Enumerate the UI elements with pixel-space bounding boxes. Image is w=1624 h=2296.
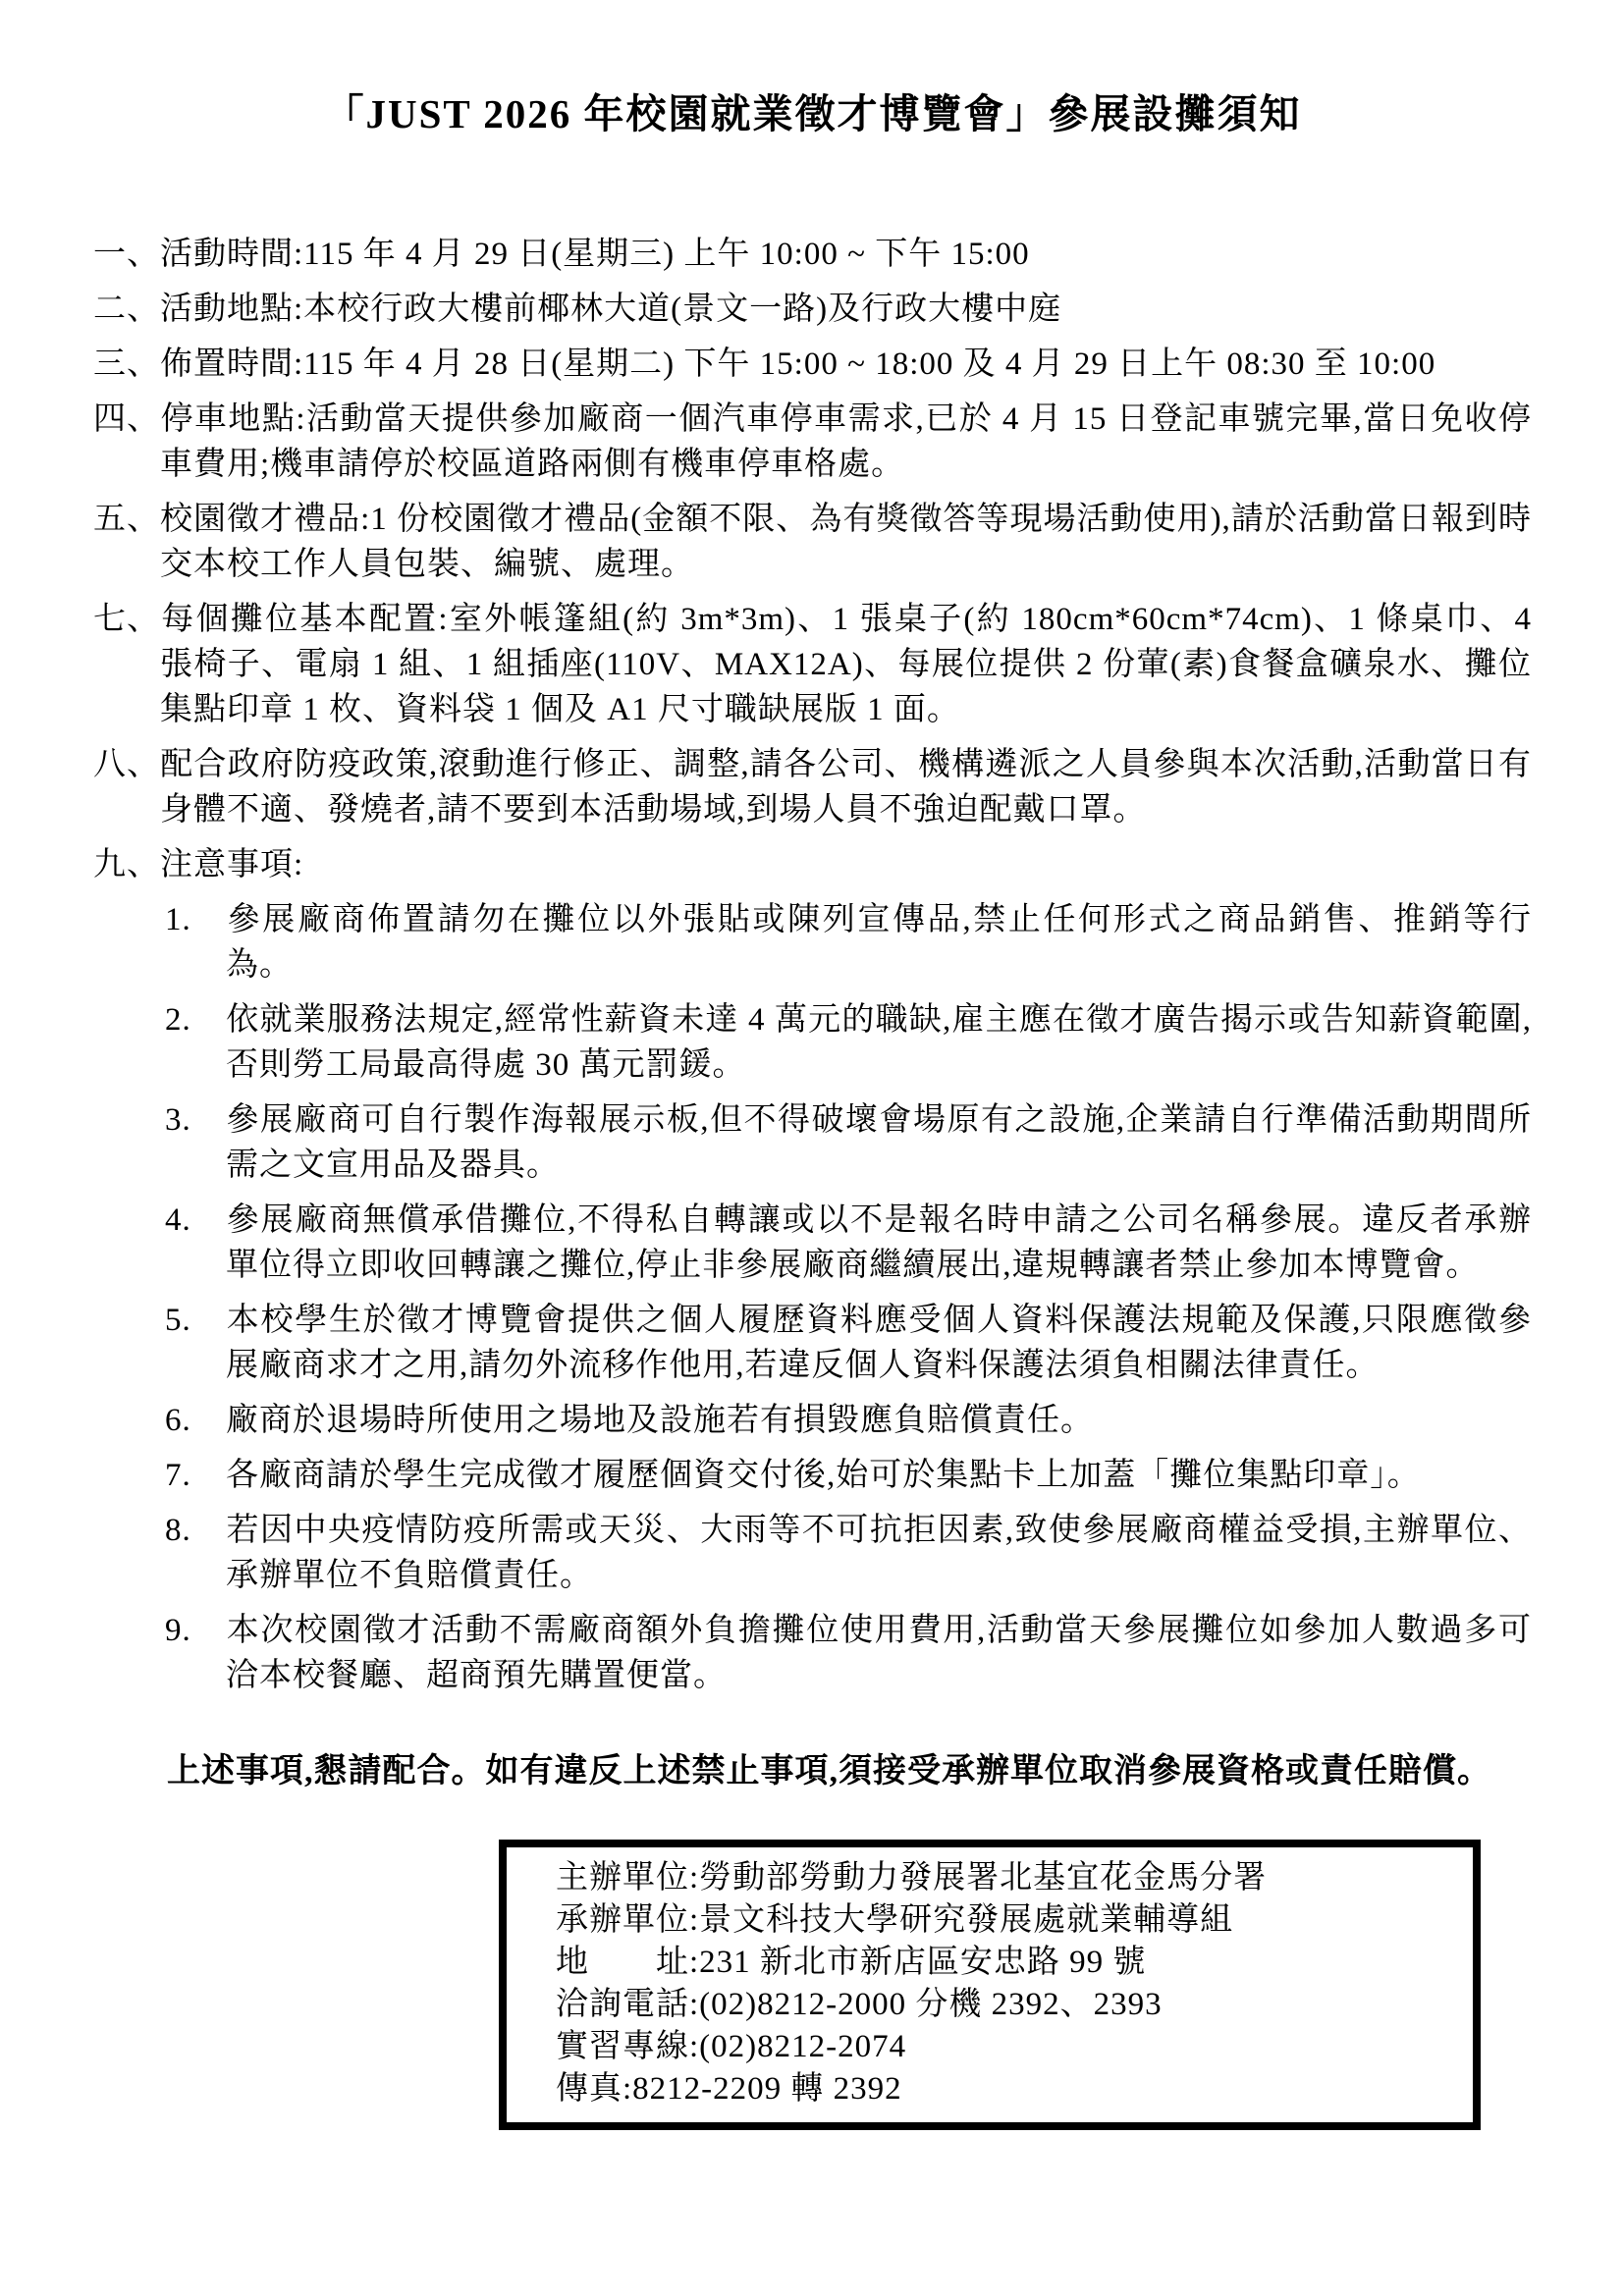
note-item-8: 8.若因中央疫情防疫所需或天災、大雨等不可抗拒因素,致使參展廠商權益受損,主辦單… [165, 1508, 1532, 1598]
contact-internship-line: 實習專線:(02)8212-2074 [556, 2026, 1453, 2068]
contact-box: 主辦單位:勞動部勞動力發展署北基宜花金馬分署 承辦單位:景文科技大學研究發展處就… [499, 1840, 1481, 2130]
note-number: 7. [165, 1453, 226, 1498]
item-text: 活動地點:本校行政大樓前椰林大道(景文一路)及行政大樓中庭 [160, 292, 1061, 327]
list-item-5: 五、校園徵才禮品:1 份校園徵才禮品(金額不限、為有獎徵答等現場活動使用),請於… [93, 497, 1532, 587]
item-text: 活動時間:115 年 4 月 29 日(星期三) 上午 10:00 ~ 下午 1… [160, 237, 1030, 272]
list-item-8: 八、配合政府防疫政策,滾動進行修正、調整,請各公司、機構遴派之人員參與本次活動,… [93, 742, 1532, 832]
contact-organizer: 主辦單位:勞動部勞動力發展署北基宜花金馬分署 [556, 1857, 1453, 1899]
closing-statement: 上述事項,懇請配合。如有違反上述禁止事項,須接受承辦單位取消參展資格或責任賠償。 [167, 1749, 1532, 1794]
item-marker: 八、 [93, 742, 160, 787]
item-marker: 九、 [93, 842, 160, 887]
note-item-9: 9.本次校園徵才活動不需廠商額外負擔攤位使用費用,活動當天參展攤位如參加人數過多… [165, 1608, 1532, 1698]
note-number: 1. [165, 897, 226, 942]
note-text: 廠商於退場時所使用之場地及設施若有損毀應負賠償責任。 [226, 1403, 1094, 1438]
item-text: 佈置時間:115 年 4 月 28 日(星期二) 下午 15:00 ~ 18:0… [160, 347, 1435, 382]
item-marker: 一、 [93, 232, 160, 277]
note-item-5: 5.本校學生於徵才博覽會提供之個人履歷資料應受個人資料保護法規範及保護,只限應徵… [165, 1298, 1532, 1388]
notes-list: 1.參展廠商佈置請勿在攤位以外張貼或陳列宣傳品,禁止任何形式之商品銷售、推銷等行… [93, 897, 1532, 1698]
item-text: 注意事項: [160, 847, 303, 882]
contact-phone: 洽詢電話:(02)8212-2000 分機 2392、2393 [556, 1984, 1453, 2026]
main-list: 一、活動時間:115 年 4 月 29 日(星期三) 上午 10:00 ~ 下午… [93, 232, 1532, 887]
item-text: 停車地點:活動當天提供參加廠商一個汽車停車需求,已於 4 月 15 日登記車號完… [160, 401, 1532, 482]
note-item-1: 1.參展廠商佈置請勿在攤位以外張貼或陳列宣傳品,禁止任何形式之商品銷售、推銷等行… [165, 897, 1532, 988]
contact-co-organizer: 承辦單位:景文科技大學研究發展處就業輔導組 [556, 1899, 1453, 1942]
item-marker: 七、 [93, 597, 160, 642]
note-text: 參展廠商佈置請勿在攤位以外張貼或陳列宣傳品,禁止任何形式之商品銷售、推銷等行為。 [226, 902, 1532, 983]
list-item-1: 一、活動時間:115 年 4 月 29 日(星期三) 上午 10:00 ~ 下午… [93, 232, 1532, 277]
note-number: 5. [165, 1298, 226, 1343]
note-text: 若因中央疫情防疫所需或天災、大雨等不可抗拒因素,致使參展廠商權益受損,主辦單位、… [226, 1513, 1532, 1593]
list-item-3: 三、佈置時間:115 年 4 月 28 日(星期二) 下午 15:00 ~ 18… [93, 342, 1532, 387]
item-text: 配合政府防疫政策,滾動進行修正、調整,請各公司、機構遴派之人員參與本次活動,活動… [160, 747, 1532, 828]
note-text: 參展廠商無償承借攤位,不得私自轉讓或以不是報名時申請之公司名稱參展。違反者承辦單… [226, 1202, 1532, 1283]
note-item-3: 3.參展廠商可自行製作海報展示板,但不得破壞會場原有之設施,企業請自行準備活動期… [165, 1097, 1532, 1188]
item-text: 校園徵才禮品:1 份校園徵才禮品(金額不限、為有獎徵答等現場活動使用),請於活動… [160, 502, 1532, 582]
list-item-7: 七、每個攤位基本配置:室外帳篷組(約 3m*3m)、1 張桌子(約 180cm*… [93, 597, 1532, 732]
list-item-2: 二、活動地點:本校行政大樓前椰林大道(景文一路)及行政大樓中庭 [93, 287, 1532, 332]
contact-fax: 傳真:8212-2209 轉 2392 [556, 2068, 1453, 2110]
note-text: 各廠商請於學生完成徵才履歷個資交付後,始可於集點卡上加蓋「攤位集點印章」。 [226, 1458, 1421, 1493]
page-title: 「JUST 2026 年校園就業徵才博覽會」參展設攤須知 [93, 90, 1532, 137]
note-text: 依就業服務法規定,經常性薪資未達 4 萬元的職缺,雇主應在徵才廣告揭示或告知薪資… [226, 1002, 1532, 1083]
note-text: 本校學生於徵才博覽會提供之個人履歷資料應受個人資料保護法規範及保護,只限應徵參展… [226, 1303, 1532, 1383]
list-item-9: 九、注意事項: [93, 842, 1532, 887]
note-number: 8. [165, 1508, 226, 1553]
item-text: 每個攤位基本配置:室外帳篷組(約 3m*3m)、1 張桌子(約 180cm*60… [160, 602, 1532, 727]
note-item-7: 7.各廠商請於學生完成徵才履歷個資交付後,始可於集點卡上加蓋「攤位集點印章」。 [165, 1453, 1532, 1498]
item-marker: 五、 [93, 497, 160, 542]
contact-address: 地 址:231 新北市新店區安忠路 99 號 [556, 1942, 1453, 1984]
item-marker: 三、 [93, 342, 160, 387]
note-number: 3. [165, 1097, 226, 1143]
item-marker: 四、 [93, 397, 160, 442]
list-item-4: 四、停車地點:活動當天提供參加廠商一個汽車停車需求,已於 4 月 15 日登記車… [93, 397, 1532, 487]
document-page: 「JUST 2026 年校園就業徵才博覽會」參展設攤須知 一、活動時間:115 … [0, 0, 1624, 2296]
note-number: 9. [165, 1608, 226, 1653]
note-number: 2. [165, 997, 226, 1042]
note-text: 參展廠商可自行製作海報展示板,但不得破壞會場原有之設施,企業請自行準備活動期間所… [226, 1102, 1532, 1183]
note-item-6: 6.廠商於退場時所使用之場地及設施若有損毀應負賠償責任。 [165, 1398, 1532, 1443]
note-number: 6. [165, 1398, 226, 1443]
note-item-2: 2.依就業服務法規定,經常性薪資未達 4 萬元的職缺,雇主應在徵才廣告揭示或告知… [165, 997, 1532, 1088]
item-marker: 二、 [93, 287, 160, 332]
note-number: 4. [165, 1198, 226, 1243]
note-item-4: 4.參展廠商無償承借攤位,不得私自轉讓或以不是報名時申請之公司名稱參展。違反者承… [165, 1198, 1532, 1288]
note-text: 本次校園徵才活動不需廠商額外負擔攤位使用費用,活動當天參展攤位如參加人數過多可洽… [226, 1613, 1532, 1693]
